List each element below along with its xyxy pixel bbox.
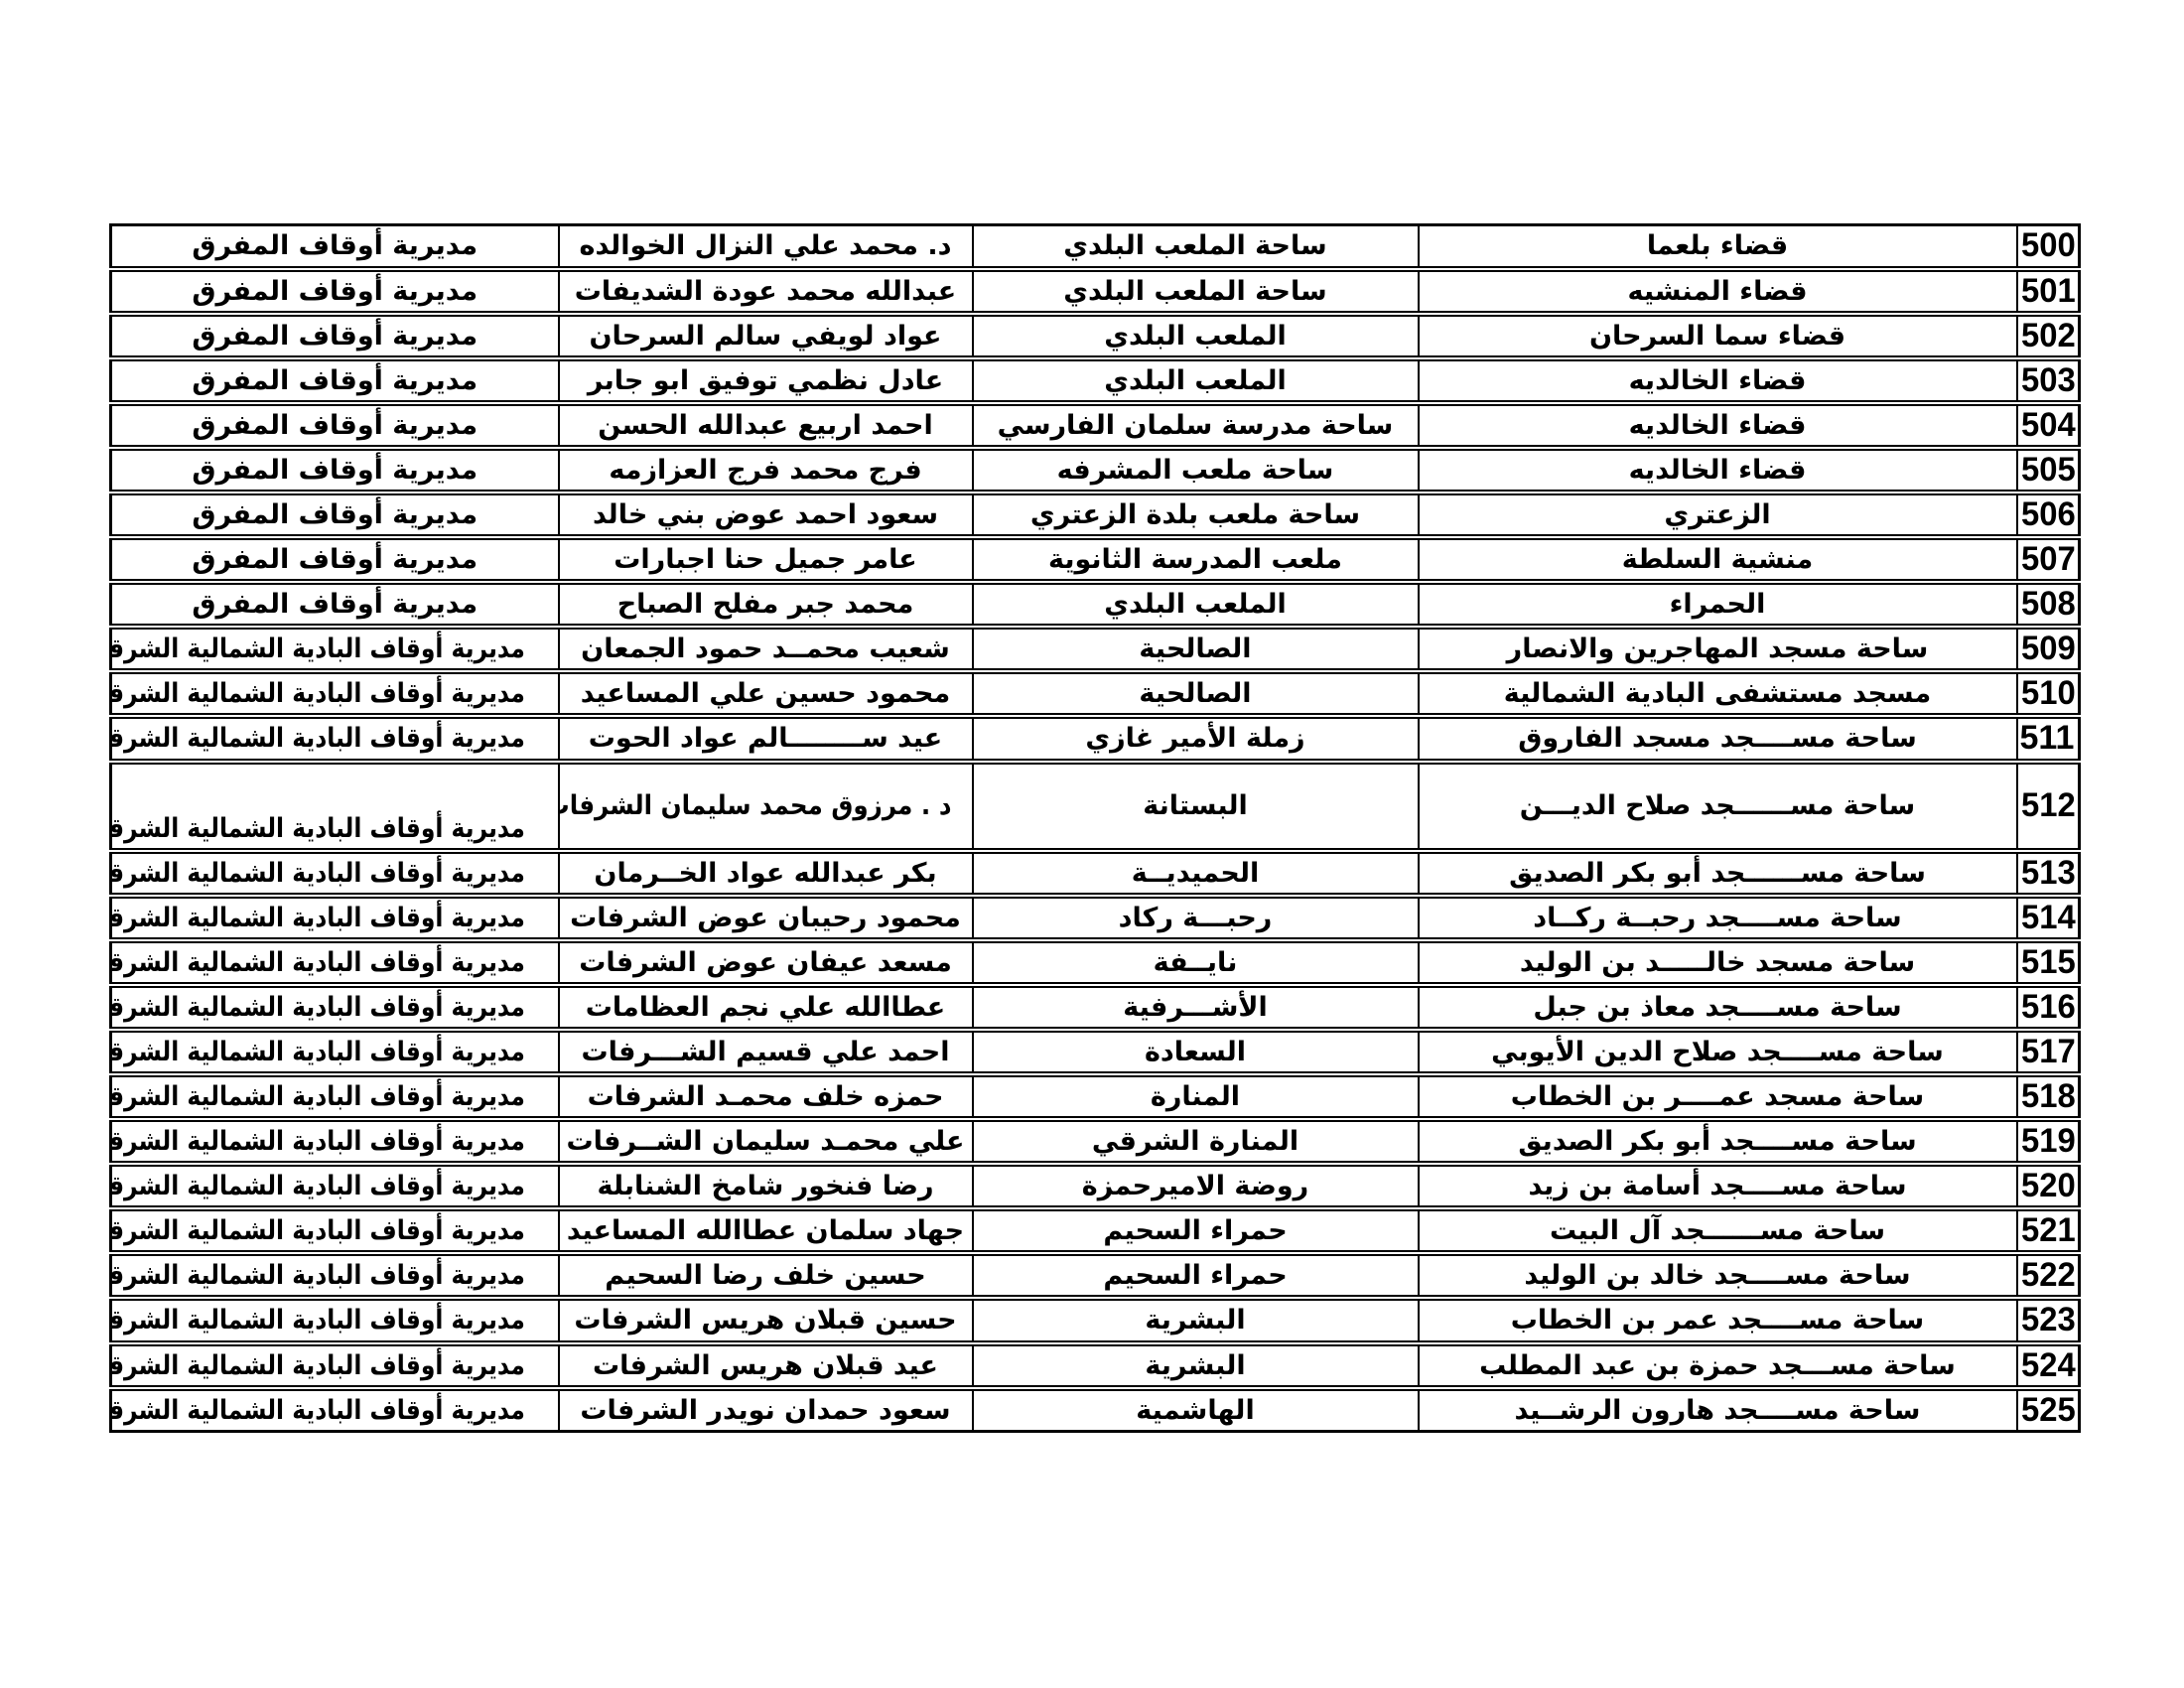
district-or-square-text: قضاء الخالديه [1629, 410, 1807, 441]
serial-number-text: 520 [2020, 1167, 2075, 1205]
person-name-text: عواد لويفي سالم السرحان [590, 321, 942, 352]
locality-text: المنارة [1151, 1081, 1240, 1112]
cell-district-or-square-name: ساحة مســــجد صلاح الدين الأيوبي [1419, 1030, 2017, 1074]
directorate-text: مديرية أوقاف المفرق [192, 365, 478, 396]
locality-text: ساحة ملعب بلدة الزعتري [1030, 499, 1360, 530]
cell-awqaf-directorate: مديرية أوقاف البادية الشمالية الشرقية [111, 940, 559, 985]
district-or-square-text: ساحة مســــجد هارون الرشــيد [1515, 1395, 1921, 1426]
locality-text: الحميديــة [1132, 858, 1260, 889]
locality-text: الهاشمية [1136, 1395, 1254, 1426]
directorate-text: مديرية أوقاف البادية الشمالية الشرقية [111, 678, 525, 709]
cell-person-name: حسين خلف رضا السحيم [559, 1253, 973, 1298]
cell-serial-number: 525 [2017, 1388, 2080, 1432]
district-or-square-text: ساحة مســــجد خالد بن الوليد [1524, 1260, 1910, 1291]
cell-district-or-square-name: ساحة مسجد عمــــر بن الخطاب [1419, 1074, 2017, 1119]
directorate-text: مديرية أوقاف المفرق [192, 321, 478, 352]
locality-text: البشرية [1145, 1305, 1245, 1336]
table-row: 518 ساحة مسجد عمــــر بن الخطاب المنارة … [111, 1074, 2080, 1119]
cell-serial-number: 512 [2017, 762, 2080, 851]
cell-person-name: بكر عبدالله عواد الخــرمان [559, 851, 973, 896]
cell-serial-number: 500 [2017, 225, 2080, 269]
directorate-text: مديرية أوقاف البادية الشمالية الشرقية [111, 1171, 525, 1201]
locality-text: ساحة ملعب المشرفه [1057, 455, 1334, 486]
locality-text: الملعب البلدي [1104, 589, 1287, 620]
serial-number-text: 525 [2020, 1391, 2075, 1430]
cell-awqaf-directorate: مديرية أوقاف البادية الشمالية الشرقية [111, 1343, 559, 1388]
table-row: 525 ساحة مســــجد هارون الرشــيد الهاشمي… [111, 1388, 2080, 1432]
district-or-square-text: ساحة مســــــجد آل البيت [1550, 1215, 1885, 1246]
cell-locality-name: حمراء السحيم [973, 1208, 1419, 1253]
cell-person-name: حمزه خلف محمـد الشرفات [559, 1074, 973, 1119]
table-row: 510 مسجد مستشفى البادية الشمالية الصالحي… [111, 671, 2080, 716]
cell-person-name: سعود احمد عوض بني خالد [559, 492, 973, 537]
document-page: 500 قضاء بلعما ساحة الملعب البلدي د. محم… [0, 0, 2184, 1688]
cell-serial-number: 501 [2017, 269, 2080, 314]
person-name-text: فرج محمد فرج العزازمه [609, 455, 921, 486]
directorate-text: مديرية أوقاف المفرق [192, 230, 478, 261]
directorate-text: مديرية أوقاف البادية الشمالية الشرقية [111, 947, 525, 978]
cell-serial-number: 509 [2017, 627, 2080, 671]
locality-text: ساحة مدرسة سلمان الفارسي [998, 410, 1394, 441]
directorate-text: مديرية أوقاف البادية الشمالية الشرقية [111, 1350, 525, 1381]
locality-text: رحبـــة ركاد [1119, 903, 1273, 933]
locality-text: الملعب البلدي [1104, 365, 1287, 396]
person-name-text: حسين خلف رضا السحيم [605, 1260, 925, 1291]
serial-number-text: 514 [2020, 899, 2075, 937]
cell-locality-name: ساحة ملعب بلدة الزعتري [973, 492, 1419, 537]
directorate-text: مديرية أوقاف البادية الشمالية الشرقية [111, 1260, 525, 1291]
district-or-square-text: ساحة مســــجد أبو بكر الصديق [1518, 1126, 1916, 1157]
locality-text: المنارة الشرقي [1092, 1126, 1298, 1157]
cell-district-or-square-name: قضاء الخالديه [1419, 403, 2017, 448]
cell-district-or-square-name: ساحة مســــجد هارون الرشــيد [1419, 1388, 2017, 1432]
cell-awqaf-directorate: مديرية أوقاف البادية الشمالية الشرقية [111, 671, 559, 716]
table-row: 503 قضاء الخالديه الملعب البلدي عادل نظم… [111, 358, 2080, 403]
cell-serial-number: 516 [2017, 985, 2080, 1030]
district-or-square-text: ساحة مســــــجد صلاح الديـــن [1520, 790, 1916, 821]
cell-serial-number: 519 [2017, 1119, 2080, 1164]
cell-locality-name: ساحة ملعب المشرفه [973, 448, 1419, 492]
serial-number-text: 515 [2020, 943, 2075, 982]
directorate-text: مديرية أوقاف المفرق [192, 589, 478, 620]
cell-serial-number: 518 [2017, 1074, 2080, 1119]
person-name-text: عيد قبلان هريس الشرفات [593, 1350, 938, 1381]
locality-text: زملة الأمير غازي [1085, 723, 1304, 754]
district-or-square-text: قضاء الخالديه [1629, 365, 1807, 396]
person-name-text: سعود احمد عوض بني خالد [593, 499, 938, 530]
serial-number-text: 504 [2020, 406, 2075, 445]
cell-locality-name: الصالحية [973, 627, 1419, 671]
table-row: 513 ساحة مســــــجد أبو بكر الصديق الحمي… [111, 851, 2080, 896]
table-row: 509 ساحة مسجد المهاجرين والانصار الصالحي… [111, 627, 2080, 671]
table-row: 506 الزعتري ساحة ملعب بلدة الزعتري سعود … [111, 492, 2080, 537]
cell-awqaf-directorate: مديرية أوقاف البادية الشمالية الشرقية [111, 1164, 559, 1208]
person-name-text: حمزه خلف محمـد الشرفات [588, 1081, 944, 1112]
person-name-text: جهاد سلمان عطاالله المساعيد [567, 1215, 964, 1246]
serial-number-text: 507 [2020, 540, 2075, 579]
cell-awqaf-directorate: مديرية أوقاف المفرق [111, 225, 559, 269]
table-row: 511 ساحة مســــجد مسجد الفاروق زملة الأم… [111, 716, 2080, 761]
serial-number-text: 517 [2020, 1033, 2075, 1071]
cell-person-name: جهاد سلمان عطاالله المساعيد [559, 1208, 973, 1253]
serial-number-text: 522 [2020, 1256, 2075, 1295]
cell-district-or-square-name: ساحة مســــجد مسجد الفاروق [1419, 716, 2017, 761]
cell-awqaf-directorate: مديرية أوقاف البادية الشمالية الشرقية [111, 1298, 559, 1342]
table-row: 524 ساحة مســـجد حمزة بن عبد المطلب البش… [111, 1343, 2080, 1388]
district-or-square-text: قضاء بلعما [1647, 230, 1788, 261]
serial-number-text: 519 [2020, 1122, 2075, 1161]
directorate-text: مديرية أوقاف المفرق [192, 410, 478, 441]
cell-district-or-square-name: ساحة مســــجد أبو بكر الصديق [1419, 1119, 2017, 1164]
cell-awqaf-directorate: مديرية أوقاف البادية الشمالية الشرقية [111, 1388, 559, 1432]
district-or-square-text: ساحة مســــجد صلاح الدين الأيوبي [1491, 1037, 1944, 1067]
serial-number-text: 512 [2020, 786, 2075, 825]
cell-district-or-square-name: الزعتري [1419, 492, 2017, 537]
cell-serial-number: 513 [2017, 851, 2080, 896]
cell-locality-name: الملعب البلدي [973, 314, 1419, 358]
cell-awqaf-directorate: مديرية أوقاف البادية الشمالية الشرقية [111, 851, 559, 896]
cell-person-name: محمد جبر مفلح الصباح [559, 582, 973, 627]
directorate-text: مديرية أوقاف البادية الشمالية الشرقية [111, 1395, 525, 1426]
serial-number-text: 523 [2020, 1301, 2075, 1339]
cell-district-or-square-name: مسجد مستشفى البادية الشمالية [1419, 671, 2017, 716]
cell-awqaf-directorate: مديرية أوقاف البادية الشمالية الشرقية [111, 985, 559, 1030]
locality-text: الصالحية [1139, 633, 1251, 664]
cell-awqaf-directorate: مديرية أوقاف المفرق [111, 358, 559, 403]
cell-district-or-square-name: الحمراء [1419, 582, 2017, 627]
cell-person-name: عادل نظمي توفيق ابو جابر [559, 358, 973, 403]
table-row: 508 الحمراء الملعب البلدي محمد جبر مفلح … [111, 582, 2080, 627]
district-or-square-text: ساحة مسجد المهاجرين والانصار [1507, 633, 1929, 664]
cell-person-name: فرج محمد فرج العزازمه [559, 448, 973, 492]
table-row: 502 قضاء سما السرحان الملعب البلدي عواد … [111, 314, 2080, 358]
directorate-text: مديرية أوقاف المفرق [192, 499, 478, 530]
district-or-square-text: ساحة مســــجد أسامة بن زيد [1528, 1171, 1906, 1201]
cell-locality-name: الملعب البلدي [973, 582, 1419, 627]
table-row: 501 قضاء المنشيه ساحة الملعب البلدي عبدا… [111, 269, 2080, 314]
serial-number-text: 500 [2020, 226, 2075, 265]
directorate-text: مديرية أوقاف البادية الشمالية الشرقية [111, 813, 525, 844]
table-row: 523 ساحة مســــجد عمر بن الخطاب البشرية … [111, 1298, 2080, 1342]
directorate-text: مديرية أوقاف البادية الشمالية الشرقية [111, 633, 525, 664]
district-or-square-text: قضاء المنشيه [1627, 276, 1807, 307]
cell-awqaf-directorate: مديرية أوقاف المفرق [111, 448, 559, 492]
person-name-text: حسين قبلان هريس الشرفات [574, 1305, 956, 1336]
cell-locality-name: الأشـــرفية [973, 985, 1419, 1030]
locality-text: روضة الاميرحمزة [1082, 1171, 1308, 1201]
directorate-text: مديرية أوقاف البادية الشمالية الشرقية [111, 723, 525, 754]
locality-text: البستانة [1143, 790, 1248, 821]
cell-serial-number: 523 [2017, 1298, 2080, 1342]
person-name-text: عادل نظمي توفيق ابو جابر [588, 365, 943, 396]
district-or-square-text: قضاء الخالديه [1629, 455, 1807, 486]
table-row: 517 ساحة مســــجد صلاح الدين الأيوبي الس… [111, 1030, 2080, 1074]
table-row: 507 منشية السلطة ملعب المدرسة الثانوية ع… [111, 537, 2080, 582]
person-name-text: بكر عبدالله عواد الخــرمان [594, 858, 936, 889]
locality-text: الملعب البلدي [1104, 321, 1287, 352]
serial-number-text: 516 [2020, 988, 2075, 1027]
cell-district-or-square-name: ساحة مســــجد رحبــة ركــاد [1419, 896, 2017, 940]
cell-awqaf-directorate: مديرية أوقاف البادية الشمالية الشرقية [111, 896, 559, 940]
cell-awqaf-directorate: مديرية أوقاف المفرق [111, 582, 559, 627]
cell-awqaf-directorate: مديرية أوقاف المفرق [111, 537, 559, 582]
district-or-square-text: قضاء سما السرحان [1589, 321, 1845, 352]
cell-awqaf-directorate: مديرية أوقاف المفرق [111, 492, 559, 537]
cell-person-name: د . مرزوق محمد سليمان الشرفات [559, 762, 973, 851]
cell-locality-name: البشرية [973, 1298, 1419, 1342]
person-name-text: محمود رحيبان عوض الشرفات [570, 903, 961, 933]
table-row: 516 ساحة مســــجد معاذ بن جبل الأشـــرفي… [111, 985, 2080, 1030]
serial-number-text: 513 [2020, 854, 2075, 893]
directorate-text: مديرية أوقاف المفرق [192, 455, 478, 486]
cell-person-name: احمد اربيع عبدالله الحسن [559, 403, 973, 448]
cell-locality-name: ساحة الملعب البلدي [973, 269, 1419, 314]
cell-awqaf-directorate: مديرية أوقاف المفرق [111, 403, 559, 448]
person-name-text: عطاالله علي نجم العظامات [586, 992, 945, 1023]
district-or-square-text: الحمراء [1670, 589, 1766, 620]
locality-text: البشرية [1145, 1350, 1245, 1381]
cell-awqaf-directorate: مديرية أوقاف البادية الشمالية الشرقية [111, 1119, 559, 1164]
district-or-square-text: منشية السلطة [1622, 544, 1814, 575]
district-or-square-text: ساحة مسجد عمــــر بن الخطاب [1511, 1081, 1924, 1112]
cell-person-name: عطاالله علي نجم العظامات [559, 985, 973, 1030]
table-row: 519 ساحة مســــجد أبو بكر الصديق المنارة… [111, 1119, 2080, 1164]
person-name-text: د . مرزوق محمد سليمان الشرفات [559, 790, 952, 821]
table-row: 520 ساحة مســــجد أسامة بن زيد روضة الام… [111, 1164, 2080, 1208]
serial-number-text: 503 [2020, 361, 2075, 400]
serial-number-text: 505 [2020, 451, 2075, 490]
cell-locality-name: رحبـــة ركاد [973, 896, 1419, 940]
cell-person-name: عيد ســــــــالم عواد الحوت [559, 716, 973, 761]
serial-number-text: 510 [2020, 674, 2075, 713]
cell-district-or-square-name: ساحة مســــجد خالد بن الوليد [1419, 1253, 2017, 1298]
table-row: 500 قضاء بلعما ساحة الملعب البلدي د. محم… [111, 225, 2080, 269]
locality-text: ساحة الملعب البلدي [1063, 276, 1326, 307]
locality-text: الأشـــرفية [1123, 992, 1267, 1023]
locality-text: حمراء السحيم [1103, 1260, 1287, 1291]
directorate-text: مديرية أوقاف البادية الشمالية الشرقية [111, 858, 525, 889]
cell-serial-number: 503 [2017, 358, 2080, 403]
cell-locality-name: البشرية [973, 1343, 1419, 1388]
cell-serial-number: 511 [2017, 716, 2080, 761]
table-row: 512 ساحة مســــــجد صلاح الديـــن البستا… [111, 762, 2080, 851]
cell-district-or-square-name: ساحة مســــــجد أبو بكر الصديق [1419, 851, 2017, 896]
cell-awqaf-directorate: مديرية أوقاف البادية الشمالية الشرقية [111, 1074, 559, 1119]
district-or-square-text: ساحة مسجد خالـــــد بن الوليد [1520, 947, 1915, 978]
cell-district-or-square-name: قضاء المنشيه [1419, 269, 2017, 314]
cell-awqaf-directorate: مديرية أوقاف البادية الشمالية الشرقية [111, 1253, 559, 1298]
cell-locality-name: ساحة مدرسة سلمان الفارسي [973, 403, 1419, 448]
cell-serial-number: 515 [2017, 940, 2080, 985]
directorate-text: مديرية أوقاف البادية الشمالية الشرقية [111, 1215, 525, 1246]
cell-awqaf-directorate: مديرية أوقاف البادية الشمالية الشرقية [111, 762, 559, 851]
district-or-square-text: ساحة مســـجد حمزة بن عبد المطلب [1479, 1350, 1956, 1381]
cell-district-or-square-name: ساحة مسجد المهاجرين والانصار [1419, 627, 2017, 671]
table-row: 504 قضاء الخالديه ساحة مدرسة سلمان الفار… [111, 403, 2080, 448]
cell-person-name: شعيب محمــد حمود الجمعان [559, 627, 973, 671]
cell-serial-number: 510 [2017, 671, 2080, 716]
district-or-square-text: ساحة مســــــجد أبو بكر الصديق [1509, 858, 1926, 889]
serial-number-text: 506 [2020, 495, 2075, 534]
cell-locality-name: السعادة [973, 1030, 1419, 1074]
cell-awqaf-directorate: مديرية أوقاف المفرق [111, 269, 559, 314]
person-name-text: علي محمـد سليمان الشــرفات [566, 1126, 964, 1157]
locality-text: السعادة [1145, 1037, 1246, 1067]
serial-number-text: 511 [2020, 719, 2075, 758]
cell-serial-number: 520 [2017, 1164, 2080, 1208]
cell-serial-number: 508 [2017, 582, 2080, 627]
cell-serial-number: 524 [2017, 1343, 2080, 1388]
cell-person-name: محمود حسين علي المساعيد [559, 671, 973, 716]
cell-locality-name: ملعب المدرسة الثانوية [973, 537, 1419, 582]
district-or-square-text: ساحة مســــجد معاذ بن جبل [1533, 992, 1901, 1023]
cell-district-or-square-name: ساحة مســـجد حمزة بن عبد المطلب [1419, 1343, 2017, 1388]
serial-number-text: 502 [2020, 317, 2075, 355]
cell-serial-number: 507 [2017, 537, 2080, 582]
cell-locality-name: الملعب البلدي [973, 358, 1419, 403]
serial-number-text: 509 [2020, 630, 2075, 668]
district-or-square-text: ساحة مســــجد عمر بن الخطاب [1511, 1305, 1924, 1336]
cell-locality-name: الحميديــة [973, 851, 1419, 896]
directorate-text: مديرية أوقاف المفرق [192, 276, 478, 307]
cell-district-or-square-name: قضاء الخالديه [1419, 448, 2017, 492]
locality-text: الصالحية [1139, 678, 1251, 709]
person-name-text: احمد اربيع عبدالله الحسن [598, 410, 933, 441]
table-row: 515 ساحة مسجد خالـــــد بن الوليد نايــف… [111, 940, 2080, 985]
locality-text: حمراء السحيم [1103, 1215, 1287, 1246]
cell-district-or-square-name: ساحة مسجد خالـــــد بن الوليد [1419, 940, 2017, 985]
serial-number-text: 501 [2020, 272, 2075, 311]
person-name-text: عامر جميل حنا اجبارات [614, 544, 916, 575]
cell-person-name: عيد قبلان هريس الشرفات [559, 1343, 973, 1388]
cell-locality-name: المنارة الشرقي [973, 1119, 1419, 1164]
person-name-text: محمد جبر مفلح الصباح [617, 589, 914, 620]
serial-number-text: 518 [2020, 1077, 2075, 1116]
cell-serial-number: 505 [2017, 448, 2080, 492]
cell-awqaf-directorate: مديرية أوقاف البادية الشمالية الشرقية [111, 1208, 559, 1253]
cell-person-name: علي محمـد سليمان الشــرفات [559, 1119, 973, 1164]
locality-text: نايــفة [1154, 947, 1238, 978]
district-or-square-text: الزعتري [1664, 499, 1770, 530]
table-row: 522 ساحة مســــجد خالد بن الوليد حمراء ا… [111, 1253, 2080, 1298]
cell-district-or-square-name: ساحة مســــجد عمر بن الخطاب [1419, 1298, 2017, 1342]
directorate-text: مديرية أوقاف البادية الشمالية الشرقية [111, 903, 525, 933]
table-row: 514 ساحة مســــجد رحبــة ركــاد رحبـــة … [111, 896, 2080, 940]
district-or-square-text: ساحة مســــجد رحبــة ركــاد [1533, 903, 1901, 933]
directorate-text: مديرية أوقاف البادية الشمالية الشرقية [111, 1305, 525, 1336]
person-name-text: د. محمد علي النزال الخوالده [580, 230, 952, 261]
person-name-text: سعود حمدان نويدر الشرفات [580, 1395, 950, 1426]
cell-district-or-square-name: قضاء الخالديه [1419, 358, 2017, 403]
cell-serial-number: 502 [2017, 314, 2080, 358]
cell-district-or-square-name: ساحة مســــــجد آل البيت [1419, 1208, 2017, 1253]
cell-person-name: محمود رحيبان عوض الشرفات [559, 896, 973, 940]
directorate-text: مديرية أوقاف البادية الشمالية الشرقية [111, 1037, 525, 1067]
directorate-text: مديرية أوقاف البادية الشمالية الشرقية [111, 1081, 525, 1112]
directorate-text: مديرية أوقاف البادية الشمالية الشرقية [111, 992, 525, 1023]
cell-person-name: عواد لويفي سالم السرحان [559, 314, 973, 358]
cell-person-name: حسين قبلان هريس الشرفات [559, 1298, 973, 1342]
cell-serial-number: 521 [2017, 1208, 2080, 1253]
cell-serial-number: 517 [2017, 1030, 2080, 1074]
cell-person-name: د. محمد علي النزال الخوالده [559, 225, 973, 269]
cell-locality-name: ساحة الملعب البلدي [973, 225, 1419, 269]
table-row: 505 قضاء الخالديه ساحة ملعب المشرفه فرج … [111, 448, 2080, 492]
district-or-square-text: مسجد مستشفى البادية الشمالية [1504, 678, 1931, 709]
locality-text: ساحة الملعب البلدي [1063, 230, 1326, 261]
cell-serial-number: 514 [2017, 896, 2080, 940]
cell-district-or-square-name: منشية السلطة [1419, 537, 2017, 582]
directorate-text: مديرية أوقاف البادية الشمالية الشرقية [111, 1126, 525, 1157]
directorate-text: مديرية أوقاف المفرق [192, 544, 478, 575]
cell-person-name: عبدالله محمد عودة الشديفات [559, 269, 973, 314]
table-body: 500 قضاء بلعما ساحة الملعب البلدي د. محم… [111, 225, 2080, 1432]
person-name-text: احمد علي قسيم الشـــرفات [581, 1037, 949, 1067]
person-name-text: مسعد عيفان عوض الشرفات [579, 947, 952, 978]
cell-serial-number: 522 [2017, 1253, 2080, 1298]
cell-locality-name: البستانة [973, 762, 1419, 851]
cell-district-or-square-name: ساحة مســــــجد صلاح الديـــن [1419, 762, 2017, 851]
cell-awqaf-directorate: مديرية أوقاف البادية الشمالية الشرقية [111, 716, 559, 761]
person-name-text: محمود حسين علي المساعيد [581, 678, 950, 709]
cell-awqaf-directorate: مديرية أوقاف المفرق [111, 314, 559, 358]
cell-person-name: رضا فنخور شامخ الشنابلة [559, 1164, 973, 1208]
cell-person-name: سعود حمدان نويدر الشرفات [559, 1388, 973, 1432]
cell-locality-name: الصالحية [973, 671, 1419, 716]
serial-number-text: 524 [2020, 1346, 2075, 1385]
table-row: 521 ساحة مســــــجد آل البيت حمراء السحي… [111, 1208, 2080, 1253]
cell-serial-number: 506 [2017, 492, 2080, 537]
cell-locality-name: زملة الأمير غازي [973, 716, 1419, 761]
serial-number-text: 521 [2020, 1211, 2075, 1250]
cell-locality-name: حمراء السحيم [973, 1253, 1419, 1298]
cell-person-name: احمد علي قسيم الشـــرفات [559, 1030, 973, 1074]
cell-person-name: عامر جميل حنا اجبارات [559, 537, 973, 582]
cell-locality-name: روضة الاميرحمزة [973, 1164, 1419, 1208]
person-name-text: عيد ســــــــالم عواد الحوت [589, 723, 942, 754]
cell-district-or-square-name: قضاء سما السرحان [1419, 314, 2017, 358]
cell-awqaf-directorate: مديرية أوقاف البادية الشمالية الشرقية [111, 627, 559, 671]
cell-locality-name: الهاشمية [973, 1388, 1419, 1432]
cell-locality-name: نايــفة [973, 940, 1419, 985]
district-or-square-text: ساحة مســــجد مسجد الفاروق [1518, 723, 1917, 754]
cell-person-name: مسعد عيفان عوض الشرفات [559, 940, 973, 985]
locality-text: ملعب المدرسة الثانوية [1048, 544, 1342, 575]
cell-awqaf-directorate: مديرية أوقاف البادية الشمالية الشرقية [111, 1030, 559, 1074]
serial-number-text: 508 [2020, 585, 2075, 624]
cell-serial-number: 504 [2017, 403, 2080, 448]
person-name-text: شعيب محمــد حمود الجمعان [581, 633, 950, 664]
cell-district-or-square-name: ساحة مســــجد معاذ بن جبل [1419, 985, 2017, 1030]
cell-district-or-square-name: قضاء بلعما [1419, 225, 2017, 269]
person-name-text: رضا فنخور شامخ الشنابلة [597, 1171, 933, 1201]
mosque-squares-table: 500 قضاء بلعما ساحة الملعب البلدي د. محم… [109, 223, 2081, 1433]
person-name-text: عبدالله محمد عودة الشديفات [575, 276, 956, 307]
cell-locality-name: المنارة [973, 1074, 1419, 1119]
cell-district-or-square-name: ساحة مســــجد أسامة بن زيد [1419, 1164, 2017, 1208]
